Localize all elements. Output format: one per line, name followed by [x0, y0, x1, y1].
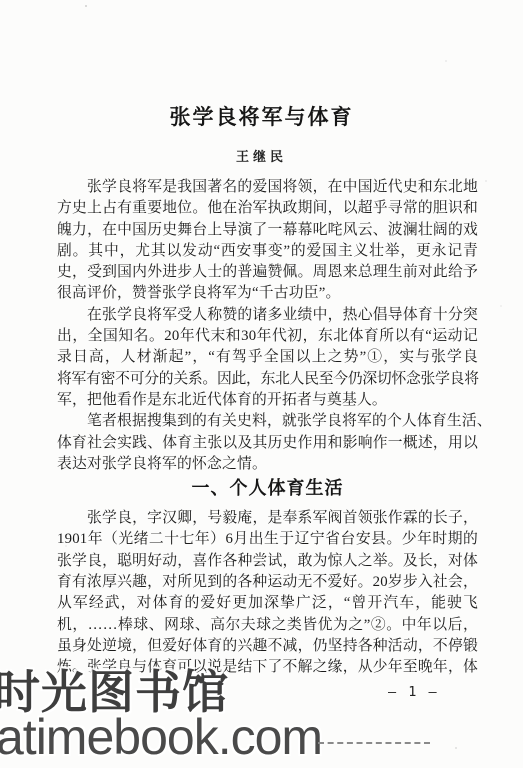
- text-line: 育有浓厚兴趣，对所见到的各种运动无不爱好。20岁步入社会，: [57, 572, 478, 593]
- text-line: 从军经武，对体育的爱好更加深挚广泛，“曾开汽车，能驶飞: [57, 593, 478, 614]
- text-line: 很高评价，赞誉张学良将军为“千古功臣”。: [57, 283, 478, 304]
- text-line: 张学良，字汉卿，号毅庵，是奉系军阀首领张作霖的长子，: [57, 508, 478, 529]
- text-line: 将军有密不可分的关系。因此，东北人民至今仍深切怀念张学良将: [57, 369, 478, 390]
- text-line: 笔者根据搜集到的有关史料，就张学良将军的个人体育生活、: [57, 411, 478, 432]
- body-text: 张学良将军是我国著名的爱国将领，在中国近代史和东北地 方史上占有重要地位。他在治…: [57, 177, 478, 679]
- text-line: 张学良，聪明好动，喜作各种尝试，敢为惊人之举。及长，对体: [57, 551, 478, 572]
- text-line: 体育社会实践、体育主张以及其历史作用和影响作一概述，用以: [57, 433, 478, 454]
- text-line: 张学良将军是我国著名的爱国将领，在中国近代史和东北地: [57, 177, 478, 198]
- text-line: 史，受到国内外进步人士的普遍赞佩。周恩来总理生前对此给予: [57, 262, 478, 283]
- text-line: 方史上占有重要地位。他在治军执政期间，以超乎寻常的胆识和: [57, 198, 478, 219]
- text-line: 剧。其中，尤其以发动“西安事变”的爱国主义壮举，更永记青: [57, 241, 478, 262]
- text-line: 出，全国知名。20年代末和30年代初，东北体育所以有“运动记: [57, 326, 478, 347]
- author-name: 王继民: [0, 146, 523, 165]
- section-heading: 一、个人体育生活: [57, 477, 478, 499]
- text-line: 在张学良将军受人称赞的诸多业绩中，热心倡导体育十分突: [57, 305, 478, 326]
- text-line: 表达对张学良将军的怀念之情。: [57, 454, 478, 475]
- text-line: 魄力，在中国历史舞台上导演了一幕幕叱咤风云、波澜壮阔的戏: [57, 220, 478, 241]
- scan-noise-specks: [85, 5, 87, 7]
- divider-line: [318, 742, 430, 744]
- page-title: 张学良将军与体育: [0, 101, 523, 131]
- scanned-book-page: 张学良将军与体育 王继民 张学良将军是我国著名的爱国将领，在中国近代史和东北地 …: [0, 0, 523, 768]
- text-line: 军，把他看作是东北近代体育的开拓者与奠基人。: [57, 390, 478, 411]
- text-line: 1901年（光绪二十七年）6月出生于辽宁省台安县。少年时期的: [57, 529, 478, 550]
- text-line: 录日高，人材渐起”，“有驾乎全国以上之势”①，实与张学良: [57, 347, 478, 368]
- watermark-site-url: atimebook.com: [0, 712, 322, 762]
- page-number: — 1 —: [388, 684, 439, 700]
- text-line: 虽身处逆境，但爱好体育的兴趣不减，仍坚持各种活动，不停锻: [57, 636, 478, 657]
- text-line: 机，……棒球、网球、高尔夫球之类皆优为之”②。中年以后，: [57, 615, 478, 636]
